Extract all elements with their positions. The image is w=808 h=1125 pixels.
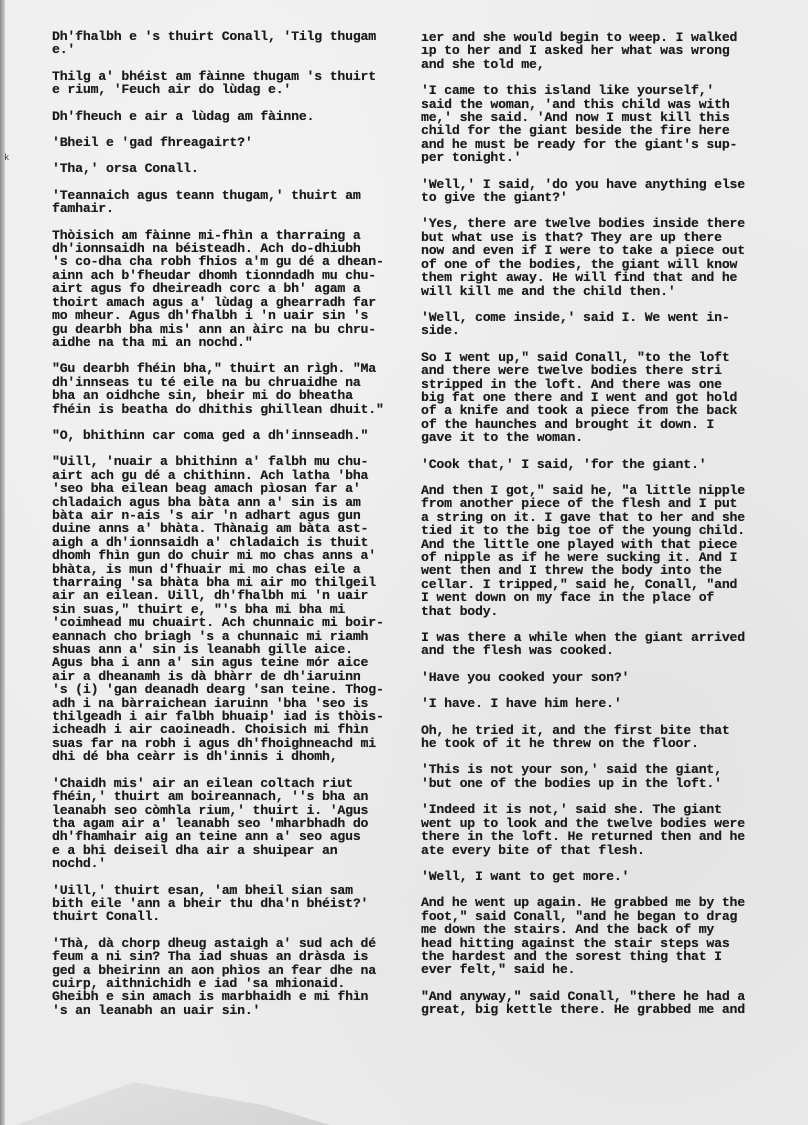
text-line: and she told me, <box>421 58 796 71</box>
text-line: bhàta, is mun d'fhuair mi mo chas eile a <box>52 563 407 576</box>
text-line: 'Teannaich agus teann thugam,' thuirt am <box>52 189 407 202</box>
text-line: cuirp, aithnichidh e iad 'sa mhionaid. <box>52 977 407 990</box>
text-line: great, big kettle there. He grabbed me a… <box>421 1003 796 1016</box>
text-line: ged a bheirinn an aon phìos an fear dhe … <box>52 964 407 977</box>
text-line: of the haunches and brought it down. I <box>421 418 796 431</box>
text-line: dhomh fhìn gun do chuir mi mo chas anns … <box>52 549 407 562</box>
text-line: 'seo bha eilean beag amach pìosan far a' <box>52 482 407 495</box>
text-line: gu dearbh bha mis' ann an àirc na bu chr… <box>52 323 407 336</box>
text-line: dh'fhamhair aig an teine ann a' seo agus <box>52 830 407 843</box>
text-line: thilgeadh i air falbh bhuaip' iad is thò… <box>52 710 407 723</box>
text-line: dh'innseas tu té eile na bu chruaidhe na <box>52 376 407 389</box>
text-line: I went down on my face in the place of <box>421 591 796 604</box>
text-line: that body. <box>421 605 796 618</box>
text-line: big fat one there and I went and got hol… <box>421 391 796 404</box>
paragraph: 'Cook that,' I said, 'for the giant.' <box>421 458 796 471</box>
paragraph: I was there a while when the giant arriv… <box>421 631 796 658</box>
paragraph: 'Yes, there are twelve bodies inside the… <box>421 217 796 297</box>
text-line: Thòisich am fàinne mi-fhìn a tharraing a <box>52 229 407 242</box>
text-line: duine anns a' bhàta. Thànaig am bàta ast… <box>52 522 407 535</box>
text-line: tied it to the big toe of the young chil… <box>421 524 796 537</box>
paragraph: ıer and she would begin to weep. I walke… <box>421 31 796 71</box>
text-line: cellar. I tripped," said he, Conall, "an… <box>421 578 796 591</box>
english-translation-column: ıer and she would begin to weep. I walke… <box>421 31 796 1030</box>
text-line: but what use is that? They are up there <box>421 231 796 244</box>
text-line: foot," said Conall, "and he began to dra… <box>421 910 796 923</box>
text-line: 'Uill,' thuirt esan, 'am bheil sian sam <box>52 884 407 897</box>
paragraph: "Gu dearbh fhéin bha," thuirt an rìgh. "… <box>52 362 407 416</box>
text-line: said the woman, 'and this child was with <box>421 98 796 111</box>
text-line: and he must be ready for the giant's sup… <box>421 138 796 151</box>
text-line: Oh, he tried it, and the first bite that <box>421 724 796 737</box>
text-line: bith eile 'ann a bheir thu dha'n bhéist?… <box>52 897 407 910</box>
text-line: Agus bha i ann a' sin agus teine mór aic… <box>52 656 407 669</box>
paragraph: 'Bheil e 'gad fhreagairt?' <box>52 136 407 149</box>
text-line: ever felt," said he. <box>421 963 796 976</box>
text-line: Dh'fhalbh e 's thuirt Conall, 'Tilg thug… <box>52 30 407 43</box>
text-line: 'Thà, dà chorp dheug astaigh a' sud ach … <box>52 937 407 950</box>
paragraph: 'Thà, dà chorp dheug astaigh a' sud ach … <box>52 937 407 1017</box>
text-line: fhéin is beatha do dhithis ghillean dhui… <box>52 403 407 416</box>
text-line: airt ach gu dé a chithinn. Ach latha 'bh… <box>52 469 407 482</box>
text-line: he took of it he threw on the floor. <box>421 737 796 750</box>
text-line: 'I have. I have him here.' <box>421 697 796 710</box>
text-line: side. <box>421 324 796 337</box>
text-line: ıp to her and I asked her what was wrong <box>421 44 796 57</box>
paragraph: Oh, he tried it, and the first bite that… <box>421 724 796 751</box>
text-line: 'Chaidh mis' air an eilean coltach riut <box>52 777 407 790</box>
text-line: I was there a while when the giant arriv… <box>421 631 796 644</box>
text-line: from another piece of the flesh and I pu… <box>421 497 796 510</box>
text-line: ate every bite of that flesh. <box>421 844 796 857</box>
paragraph: And then I got," said he, "a little nipp… <box>421 484 796 618</box>
text-line: 's (i) 'gan deanadh dearg 'san teine. Th… <box>52 683 407 696</box>
text-line: nochd.' <box>52 857 407 870</box>
paragraph: 'Indeed it is not,' said she. The giantw… <box>421 803 796 857</box>
text-line: And he went up again. He grabbed me by t… <box>421 896 796 909</box>
text-line: child for the giant beside the fire here <box>421 124 796 137</box>
text-line: 'This is not your son,' said the giant, <box>421 763 796 776</box>
text-line: "Gu dearbh fhéin bha," thuirt an rìgh. "… <box>52 362 407 375</box>
text-line: dh'ionnsaidh na béisteadh. Ach do-dhiubh <box>52 242 407 255</box>
text-line: adh i na bàrraichean iaruinn 'bha 'seo i… <box>52 697 407 710</box>
text-line: feum a ni sin? Tha iad shuas an dràsda i… <box>52 950 407 963</box>
text-line: now and even if I were to take a piece o… <box>421 244 796 257</box>
text-line: 'Tha,' orsa Conall. <box>52 162 407 175</box>
paragraph: 'I came to this island like yourself,'sa… <box>421 84 796 164</box>
text-line: famhair. <box>52 202 407 215</box>
text-line: 'Cook that,' I said, 'for the giant.' <box>421 458 796 471</box>
text-line: stripped in the loft. And there was one <box>421 378 796 391</box>
text-line: air an eilean. Uill, dh'fhalbh mi 'n uai… <box>52 589 407 602</box>
text-line: e a bhi deiseil dha air a shuipear an <box>52 844 407 857</box>
text-line: tha agam air a' leanabh seo 'mharbhadh d… <box>52 817 407 830</box>
paragraph: 'Have you cooked your son?' <box>421 671 796 684</box>
text-line: 'but one of the bodies up in the loft.' <box>421 777 796 790</box>
paragraph: 'Uill,' thuirt esan, 'am bheil sian samb… <box>52 884 407 924</box>
paragraph: "Uill, 'nuair a bhithinn a' falbh mu chu… <box>52 455 407 763</box>
paragraph: And he went up again. He grabbed me by t… <box>421 896 796 976</box>
text-line: And then I got," said he, "a little nipp… <box>421 484 796 497</box>
paragraph: 'Chaidh mis' air an eilean coltach riutf… <box>52 777 407 871</box>
text-line: to give the giant?' <box>421 191 796 204</box>
text-line: 'Well,' I said, 'do you have anything el… <box>421 178 796 191</box>
text-line: and there were twelve bodies there stri <box>421 364 796 377</box>
text-line: Dh'fheuch e air a lùdag am fàinne. <box>52 110 407 123</box>
text-line: fhéin,' thuirt am boireannach, ''s bha a… <box>52 790 407 803</box>
text-line: thoirt amach agus a' lùdag a ghearradh f… <box>52 296 407 309</box>
text-line: me down the stairs. And the back of my <box>421 923 796 936</box>
paragraph: 'Well, I want to get more.' <box>421 870 796 883</box>
text-line: 's an leanabh an uair sin.' <box>52 1004 407 1017</box>
text-line: air a dheanamh is dà bhàrr de dh'iaruinn <box>52 670 407 683</box>
text-line: Gheibh e sin amach is marbhaidh e mi fhì… <box>52 990 407 1003</box>
text-line: dhi dé bha ceàrr is dh'innis i dhomh, <box>52 750 407 763</box>
text-line: per tonight.' <box>421 151 796 164</box>
text-line: 'Well, I want to get more.' <box>421 870 796 883</box>
text-line: "And anyway," said Conall, "there he had… <box>421 990 796 1003</box>
paragraph: So I went up," said Conall, "to the loft… <box>421 351 796 445</box>
text-line: shuas ann a' sin is leanabh gille aice. <box>52 643 407 656</box>
text-line: sin suas," thuirt e, "'s bha mi bha mi <box>52 603 407 616</box>
text-line: bàta air n-ais 's air 'n adhart agus gun <box>52 509 407 522</box>
text-line: "O, bhithinn car coma ged a dh'innseadh.… <box>52 429 407 442</box>
stray-mark: k <box>4 153 9 163</box>
text-line: e rium, 'Feuch air do lùdag e.' <box>52 83 407 96</box>
text-line: bha an oidhche sin, bheir mi do bheatha <box>52 389 407 402</box>
text-line: 'I came to this island like yourself,' <box>421 84 796 97</box>
text-line: airt agus fo dheireadh corc a bh' agam a <box>52 282 407 295</box>
text-line: 'Have you cooked your son?' <box>421 671 796 684</box>
paragraph: 'Teannaich agus teann thugam,' thuirt am… <box>52 189 407 216</box>
paragraph: Thòisich am fàinne mi-fhìn a tharraing a… <box>52 229 407 350</box>
paragraph: 'I have. I have him here.' <box>421 697 796 710</box>
page-edge-shadow <box>0 0 5 1125</box>
text-line: me,' she said. 'And now I must kill this <box>421 111 796 124</box>
text-line: will kill me and the child then.' <box>421 285 796 298</box>
text-line: So I went up," said Conall, "to the loft <box>421 351 796 364</box>
text-line: ainn ach b'fheudar dhomh tionndadh mu ch… <box>52 269 407 282</box>
text-line: e.' <box>52 43 407 56</box>
paragraph: Dh'fhalbh e 's thuirt Conall, 'Tilg thug… <box>52 30 407 57</box>
text-line: tharraing 'sa bhàta bha mi air mo thilge… <box>52 576 407 589</box>
text-line: of nipple as if he were sucking it. And … <box>421 551 796 564</box>
paragraph: Dh'fheuch e air a lùdag am fàinne. <box>52 110 407 123</box>
paragraph: "O, bhithinn car coma ged a dh'innseadh.… <box>52 429 407 442</box>
text-line: mo mheur. Agus dh'fhalbh i 'n uair sin '… <box>52 309 407 322</box>
text-line: 'Well, come inside,' said I. We went in- <box>421 311 796 324</box>
text-line: leanabh seo còmhla rium,' thuirt i. 'Agu… <box>52 804 407 817</box>
text-line: suas far na robh i agus dh'fhoighneachd … <box>52 737 407 750</box>
text-line: "Uill, 'nuair a bhithinn a' falbh mu chu… <box>52 455 407 468</box>
text-line: ıer and she would begin to weep. I walke… <box>421 31 796 44</box>
text-line: 'Yes, there are twelve bodies inside the… <box>421 217 796 230</box>
text-line: Thilg a' bhéist am fàinne thugam 's thui… <box>52 70 407 83</box>
text-line: 'Indeed it is not,' said she. The giant <box>421 803 796 816</box>
text-line: aigh a dh'ionnsaidh a' chladaich is thui… <box>52 536 407 549</box>
text-line: went then and I threw the body into the <box>421 564 796 577</box>
paragraph: 'Tha,' orsa Conall. <box>52 162 407 175</box>
paragraph: 'Well, come inside,' said I. We went in-… <box>421 311 796 338</box>
paragraph: "And anyway," said Conall, "there he had… <box>421 990 796 1017</box>
text-line: eannach cho briagh 's a chunnaic mi riam… <box>52 630 407 643</box>
paragraph: Thilg a' bhéist am fàinne thugam 's thui… <box>52 70 407 97</box>
text-line: and the flesh was cooked. <box>421 644 796 657</box>
text-line: And the little one played with that piec… <box>421 538 796 551</box>
scanned-page: k Dh'fhalbh e 's thuirt Conall, 'Tilg th… <box>0 0 808 1125</box>
text-line: of a knife and took a piece from the bac… <box>421 404 796 417</box>
text-line: them right away. He will find that and h… <box>421 271 796 284</box>
text-line: thuirt Conall. <box>52 910 407 923</box>
text-line: head hitting against the stair steps was <box>421 937 796 950</box>
paragraph: 'Well,' I said, 'do you have anything el… <box>421 178 796 205</box>
text-line: of one of the bodies, the giant will kno… <box>421 258 796 271</box>
text-line: 'Bheil e 'gad fhreagairt?' <box>52 136 407 149</box>
text-line: 's co-dha cha robh fhios a'm gu dé a dhe… <box>52 255 407 268</box>
text-line: a string on it. I gave that to her and s… <box>421 511 796 524</box>
page-fold-shadow <box>0 1035 330 1125</box>
text-line: chladaich agus bha bàta ann a' sin is am <box>52 496 407 509</box>
text-line: went up to look and the twelve bodies we… <box>421 817 796 830</box>
text-line: gave it to the woman. <box>421 431 796 444</box>
text-line: there in the loft. He returned then and … <box>421 830 796 843</box>
text-line: 'coimhead mu chuairt. Ach chunnaic mi bo… <box>52 616 407 629</box>
paragraph: 'This is not your son,' said the giant,'… <box>421 763 796 790</box>
gaelic-text-column: Dh'fhalbh e 's thuirt Conall, 'Tilg thug… <box>52 30 407 1030</box>
text-line: the hardest and the sorest thing that I <box>421 950 796 963</box>
text-line: icheadh i air caoineadh. Choisich mi fhì… <box>52 723 407 736</box>
text-line: aidhe na tha mi an nochd." <box>52 336 407 349</box>
